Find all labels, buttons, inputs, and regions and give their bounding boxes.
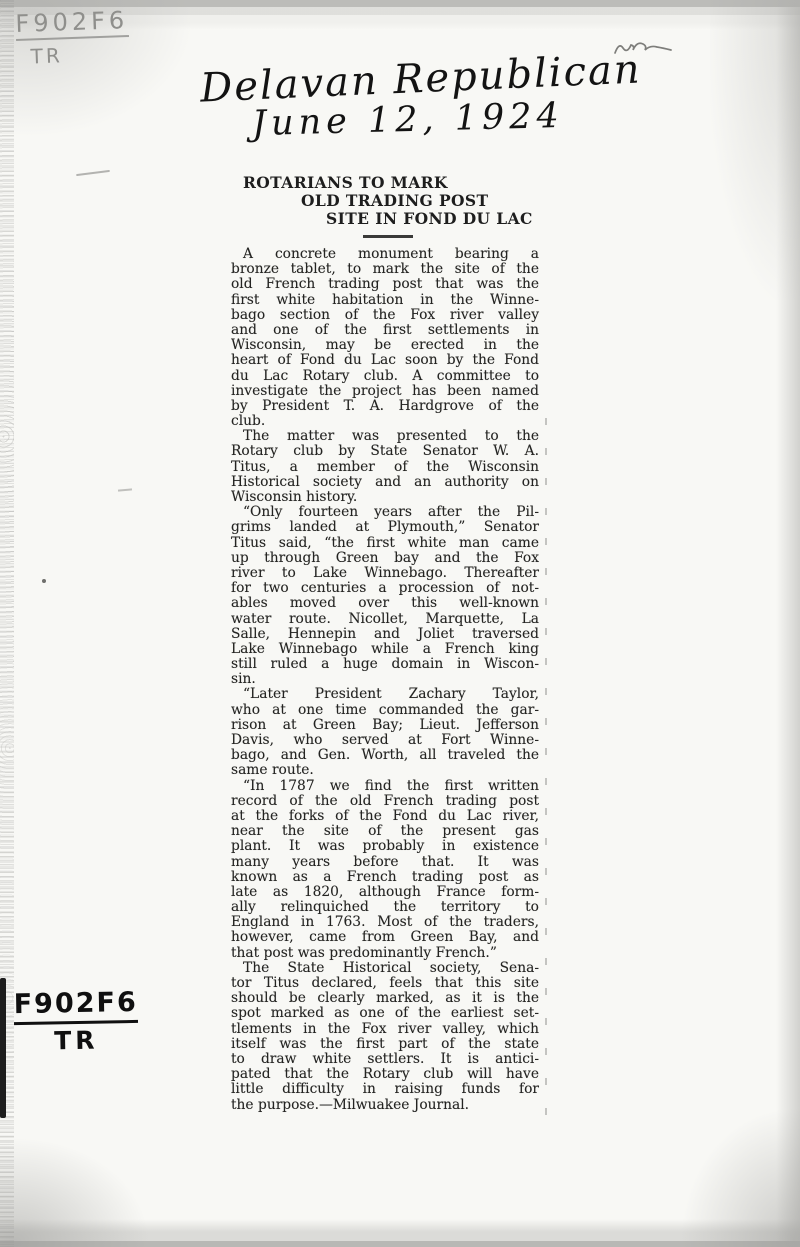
article-line: bronze tablet, to mark the site of the	[231, 262, 539, 277]
article-line: investigate the project has been named	[231, 384, 539, 399]
article-line: “Later President Zachary Taylor,	[231, 687, 539, 702]
pencil-dash-mark	[76, 170, 110, 176]
article-line: club.	[231, 414, 539, 429]
article-line: old French trading post that was the	[231, 277, 539, 292]
article-line: by President T. A. Hardgrove of the	[231, 399, 539, 414]
article-body: A concrete monument bearing abronze tabl…	[231, 247, 539, 1113]
column-rule	[545, 418, 547, 1115]
article-line: A concrete monument bearing a	[231, 247, 539, 262]
article-line: to draw white settlers. It is antici-	[231, 1052, 539, 1067]
scan-noise-corner-top-right	[710, 0, 800, 300]
article-line: itself was the first part of the state	[231, 1037, 539, 1052]
article-headline: ROTARIANS TO MARK OLD TRADING POST SITE …	[231, 174, 539, 228]
article-line: up through Green bay and the Fox	[231, 551, 539, 566]
article-line: heart of Fond du Lac soon by the Fond	[231, 353, 539, 368]
article-line: England in 1763. Most of the traders,	[231, 915, 539, 930]
pencil-dot-mark	[42, 579, 46, 583]
article-line: tlements in the Fox river valley, which	[231, 1022, 539, 1037]
headline-line: SITE IN FOND DU LAC	[326, 210, 539, 228]
article-line: record of the old French trading post	[231, 794, 539, 809]
article-line: bago, and Gen. Worth, all traveled the	[231, 748, 539, 763]
scan-noise-corner-bottom-right	[680, 1107, 800, 1247]
article-line: still ruled a huge domain in Wiscon-	[231, 657, 539, 672]
article-line: The State Historical society, Sena-	[231, 961, 539, 976]
article-line: “Only fourteen years after the Pil-	[231, 505, 539, 520]
archive-code-bottom-sub: TR	[14, 1025, 139, 1056]
article-line: Davis, who served at Fort Winne-	[231, 733, 539, 748]
archive-code-bottom: F902F6 TR	[13, 987, 138, 1056]
article-line: at the forks of the Fond du Lac river,	[231, 809, 539, 824]
article-line: tor Titus declared, feels that this site	[231, 976, 539, 991]
article-line: little difficulty in raising funds for	[231, 1082, 539, 1097]
article-line: the purpose.—Milwuakee Journal.	[231, 1098, 539, 1113]
article-line: ables moved over this well-known	[231, 596, 539, 611]
article-line: however, came from Green Bay, and	[231, 930, 539, 945]
article-line: water route. Nicollet, Marquette, La	[231, 612, 539, 627]
article-line: that post was predominantly French.”	[231, 946, 539, 961]
article-line: grims landed at Plymouth,” Senator	[231, 520, 539, 535]
scan-noise-corner-bottom-left	[0, 1137, 150, 1247]
article-line: Historical society and an authority on	[231, 475, 539, 490]
article-paragraph: A concrete monument bearing abronze tabl…	[231, 247, 539, 429]
headline-divider-rule	[363, 235, 413, 238]
article-line: ally relinquiched the territory to	[231, 900, 539, 915]
article-line: Wisconsin, may be erected in the	[231, 338, 539, 353]
archive-code-top-value: F902F6	[15, 6, 129, 41]
article-line: Titus, a member of the Wisconsin	[231, 460, 539, 475]
article-line: river to Lake Winnebago. Thereafter	[231, 566, 539, 581]
article-paragraph: “In 1787 we find the first writtenrecord…	[231, 779, 539, 961]
article-line: du Lac Rotary club. A committee to	[231, 369, 539, 384]
archive-code-top: F902F6 TR	[15, 6, 130, 69]
article-line: for two centuries a procession of not-	[231, 581, 539, 596]
article-line: The matter was presented to the	[231, 429, 539, 444]
article-line: “In 1787 we find the first written	[231, 779, 539, 794]
article-paragraph: The matter was presented to theRotary cl…	[231, 429, 539, 505]
archive-code-bottom-value: F902F6	[13, 987, 138, 1025]
article-line: first white habitation in the Winne-	[231, 293, 539, 308]
article-line: Wisconsin history.	[231, 490, 539, 505]
article-line: bago section of the Fox river valley	[231, 308, 539, 323]
article-line: near the site of the present gas	[231, 824, 539, 839]
article-line: pated that the Rotary club will have	[231, 1067, 539, 1082]
article-line: plant. It was probably in existence	[231, 839, 539, 854]
article-line: Titus said, “the first white man came	[231, 536, 539, 551]
archive-code-top-sub: TR	[30, 41, 129, 68]
scan-edge-black-bar	[0, 978, 6, 1118]
pencil-dash-mark-2	[118, 488, 132, 491]
article-line: Salle, Hennepin and Joliet traversed	[231, 627, 539, 642]
headline-line: ROTARIANS TO MARK	[243, 174, 539, 192]
article-line: late as 1820, although France form-	[231, 885, 539, 900]
article-line: Lake Winnebago while a French king	[231, 642, 539, 657]
article-line: known as a French trading post as	[231, 870, 539, 885]
article-line: who at one time commanded the gar-	[231, 703, 539, 718]
article-line: same route.	[231, 763, 539, 778]
article-line: should be clearly marked, as it is the	[231, 991, 539, 1006]
article-line: many years before that. It was	[231, 855, 539, 870]
newspaper-article: ROTARIANS TO MARK OLD TRADING POST SITE …	[231, 174, 539, 1113]
headline-line: OLD TRADING POST	[301, 192, 539, 210]
handwritten-date: June 12, 1924	[252, 96, 565, 144]
article-paragraph: The State Historical society, Sena-tor T…	[231, 961, 539, 1113]
article-line: Rotary club by State Senator W. A.	[231, 444, 539, 459]
article-line: and one of the first settlements in	[231, 323, 539, 338]
article-line: rison at Green Bay; Lieut. Jefferson	[231, 718, 539, 733]
article-line: spot marked as one of the earliest set-	[231, 1006, 539, 1021]
article-line: sin.	[231, 672, 539, 687]
scanned-page: F902F6 TR Delavan Republican June 12, 19…	[0, 0, 800, 1247]
article-paragraph: “Only fourteen years after the Pil-grims…	[231, 505, 539, 687]
article-paragraph: “Later President Zachary Taylor,who at o…	[231, 687, 539, 778]
